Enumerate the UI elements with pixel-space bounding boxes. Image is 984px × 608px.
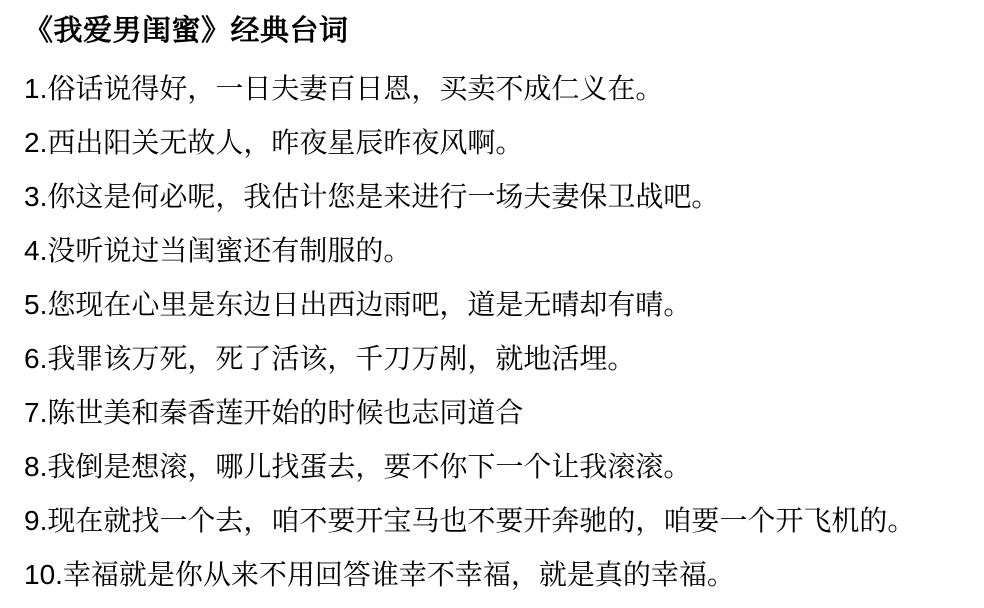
quote-line-5: 5.您现在心里是东边日出西边雨吧，道是无晴却有晴。 xyxy=(24,278,966,332)
quote-line-8: 8.我倒是想滚，哪儿找蛋去，要不你下一个让我滚滚。 xyxy=(24,440,966,494)
quote-line-6: 6.我罪该万死，死了活该，千刀万剐，就地活埋。 xyxy=(24,332,966,386)
quote-line-7: 7.陈世美和秦香莲开始的时候也志同道合 xyxy=(24,386,966,440)
quote-line-4: 4.没听说过当闺蜜还有制服的。 xyxy=(24,224,966,278)
quote-list: 1.俗话说得好，一日夫妻百日恩，买卖不成仁义在。 2.西出阳关无故人，昨夜星辰昨… xyxy=(24,62,966,602)
quote-line-9: 9.现在就找一个去，咱不要开宝马也不要开奔驰的，咱要一个开飞机的。 xyxy=(24,494,966,548)
quote-line-10: 10.幸福就是你从来不用回答谁幸不幸福，就是真的幸福。 xyxy=(24,548,966,602)
quote-line-2: 2.西出阳关无故人，昨夜星辰昨夜风啊。 xyxy=(24,116,966,170)
quote-line-3: 3.你这是何必呢，我估计您是来进行一场夫妻保卫战吧。 xyxy=(24,170,966,224)
page-title: 《我爱男闺蜜》经典台词 xyxy=(24,10,966,52)
document-page: 《我爱男闺蜜》经典台词 1.俗话说得好，一日夫妻百日恩，买卖不成仁义在。 2.西… xyxy=(0,0,984,602)
quote-line-1: 1.俗话说得好，一日夫妻百日恩，买卖不成仁义在。 xyxy=(24,62,966,116)
